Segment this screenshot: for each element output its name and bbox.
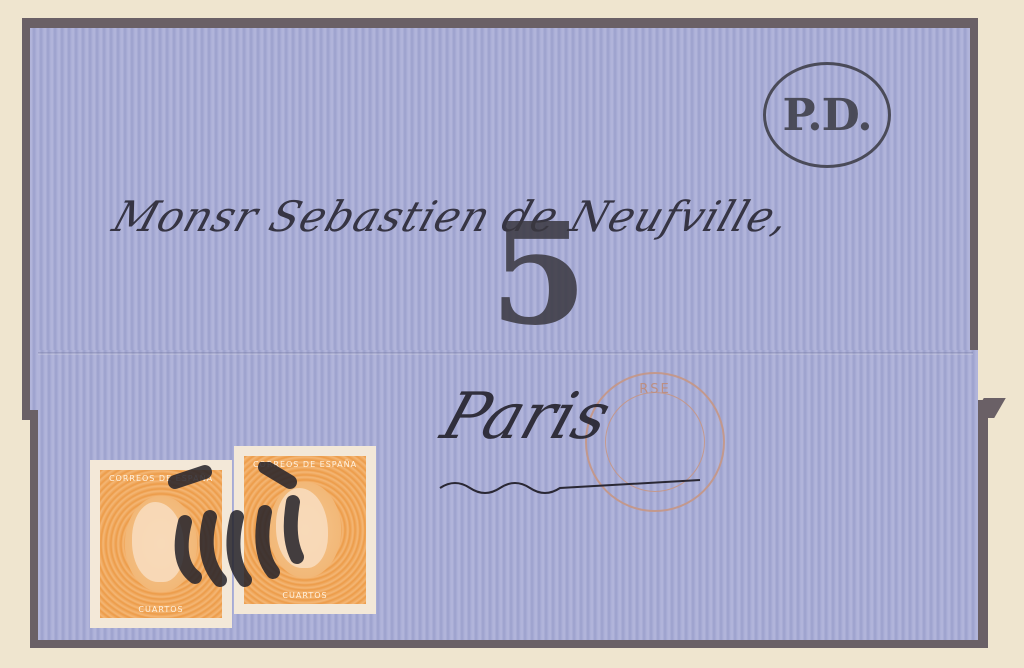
stamp-1-label-bottom: CUARTOS	[90, 605, 232, 614]
stamp-2-label-bottom: CUARTOS	[234, 591, 376, 600]
rate-mark: 5	[490, 205, 587, 345]
city-underline	[435, 470, 705, 500]
grill-cancellation	[165, 462, 315, 592]
pd-handstamp-text: P.D.	[782, 90, 871, 141]
address-recipient: Monsr Sebastien de Neufville,	[107, 192, 796, 241]
pd-handstamp: P.D.	[763, 62, 891, 168]
address-city: Paris	[433, 380, 619, 454]
